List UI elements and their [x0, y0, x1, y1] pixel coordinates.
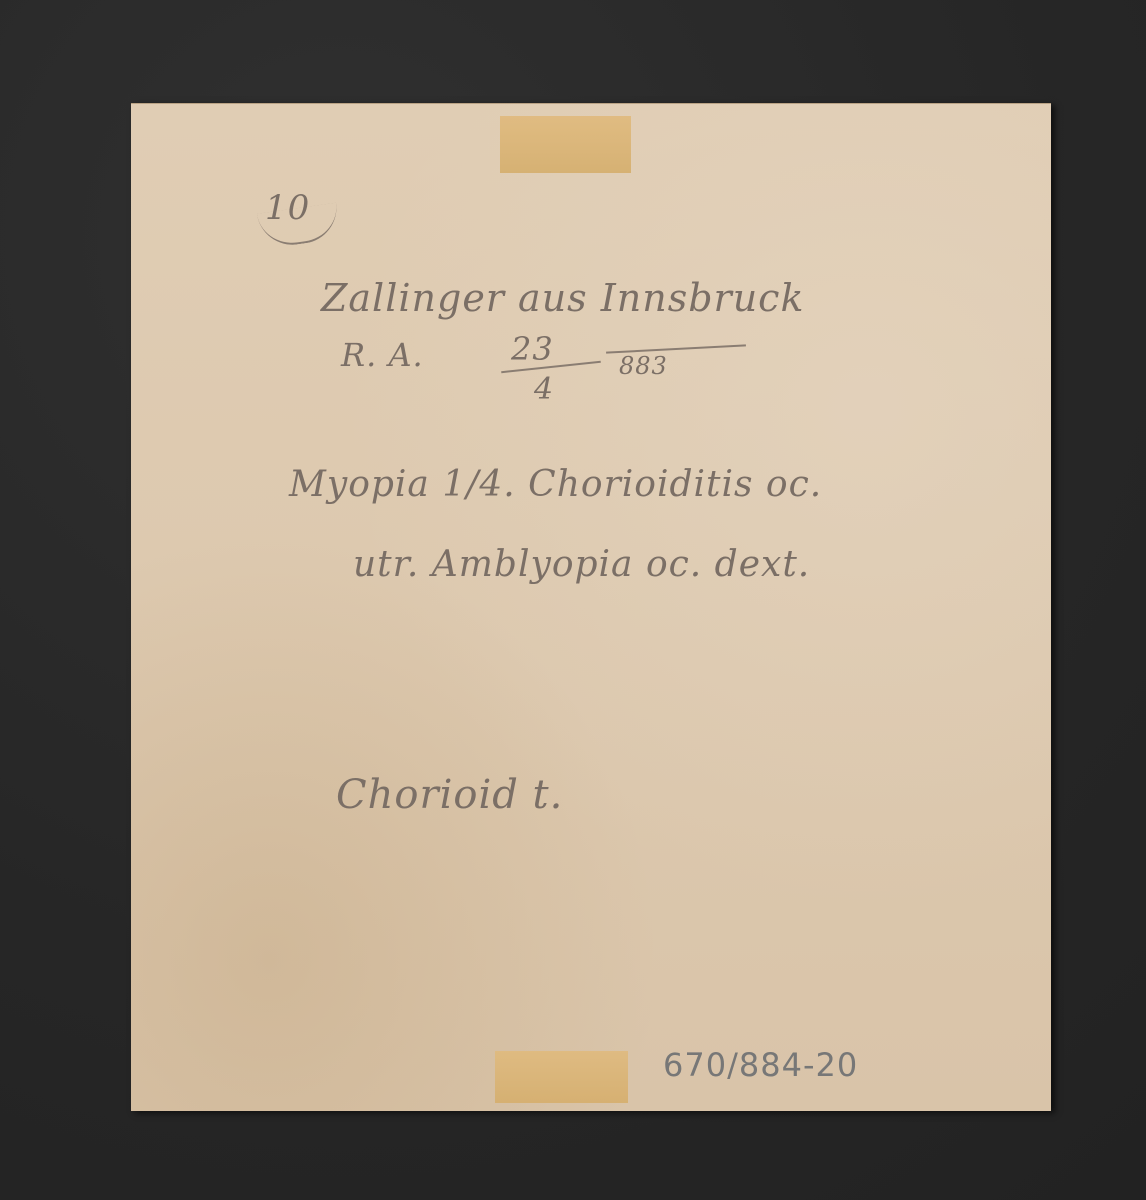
- tape-strip-bottom: [495, 1051, 628, 1103]
- tape-strip-top: [500, 116, 631, 173]
- diagnosis-summary: Chorioid t.: [336, 772, 563, 818]
- date-month: 4: [534, 372, 554, 407]
- archival-card: 10 Zallinger aus Innsbruck R. A. 23 4 88…: [131, 103, 1051, 1111]
- diagnosis-line-2: utr. Amblyopia oc. dext.: [353, 544, 810, 585]
- patient-initials: R. A.: [341, 336, 424, 374]
- date-year: 883: [619, 352, 668, 380]
- patient-name-origin: Zallinger aus Innsbruck: [321, 276, 805, 320]
- date-day: 23: [511, 330, 554, 368]
- diagnosis-line-1: Myopia 1/4. Chorioiditis oc.: [289, 464, 822, 505]
- accession-number: 670/884-20: [663, 1046, 858, 1084]
